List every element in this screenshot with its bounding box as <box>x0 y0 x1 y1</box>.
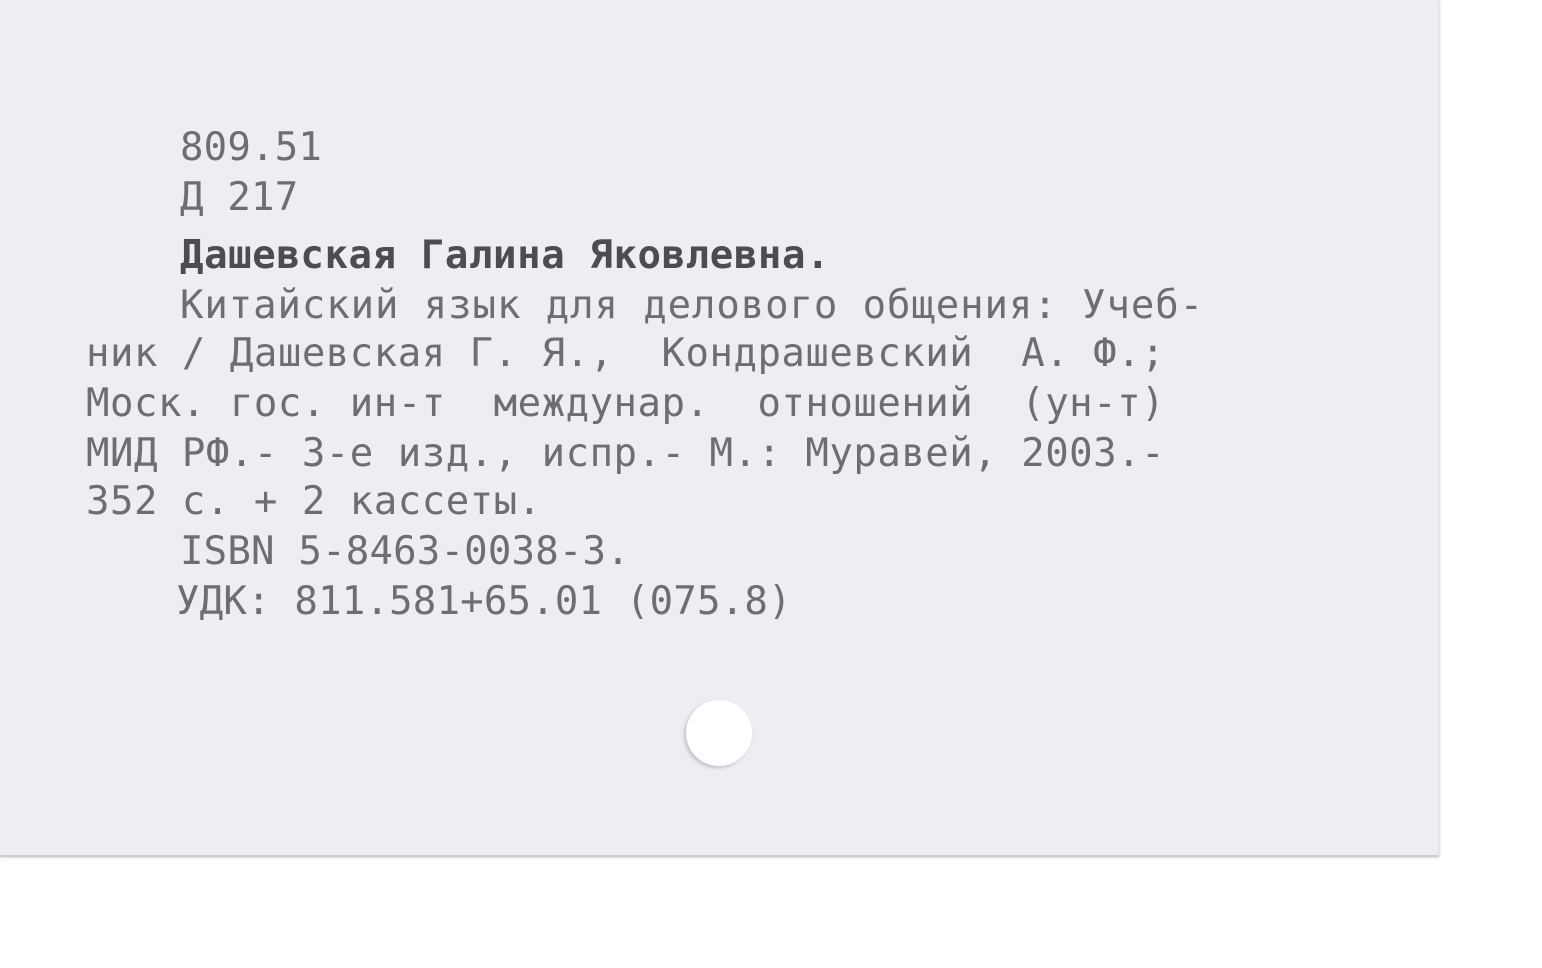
description-line: Китайский язык для делового общения: Уче… <box>180 286 1204 325</box>
udc-code: УДК: 811.581+65.01 (075.8) <box>176 582 792 621</box>
author-mark: Д 217 <box>180 178 298 217</box>
punch-hole <box>686 700 752 766</box>
classification-number: 809.51 <box>180 128 322 167</box>
description-line: МИД РФ.- 3-е изд., испр.- М.: Муравей, 2… <box>86 434 1165 473</box>
catalog-card: 809.51 Д 217 Дашевская Галина Яковлевна.… <box>0 0 1439 857</box>
isbn: ISBN 5-8463-0038-3. <box>180 532 630 571</box>
description-line: 352 с. + 2 кассеты. <box>86 482 542 521</box>
description-line: Моск. гос. ин-т междунар. отношений (ун-… <box>86 384 1165 423</box>
author-heading: Дашевская Галина Яковлевна. <box>180 236 830 275</box>
description-line: ник / Дашевская Г. Я., Кондрашевский А. … <box>86 334 1165 373</box>
